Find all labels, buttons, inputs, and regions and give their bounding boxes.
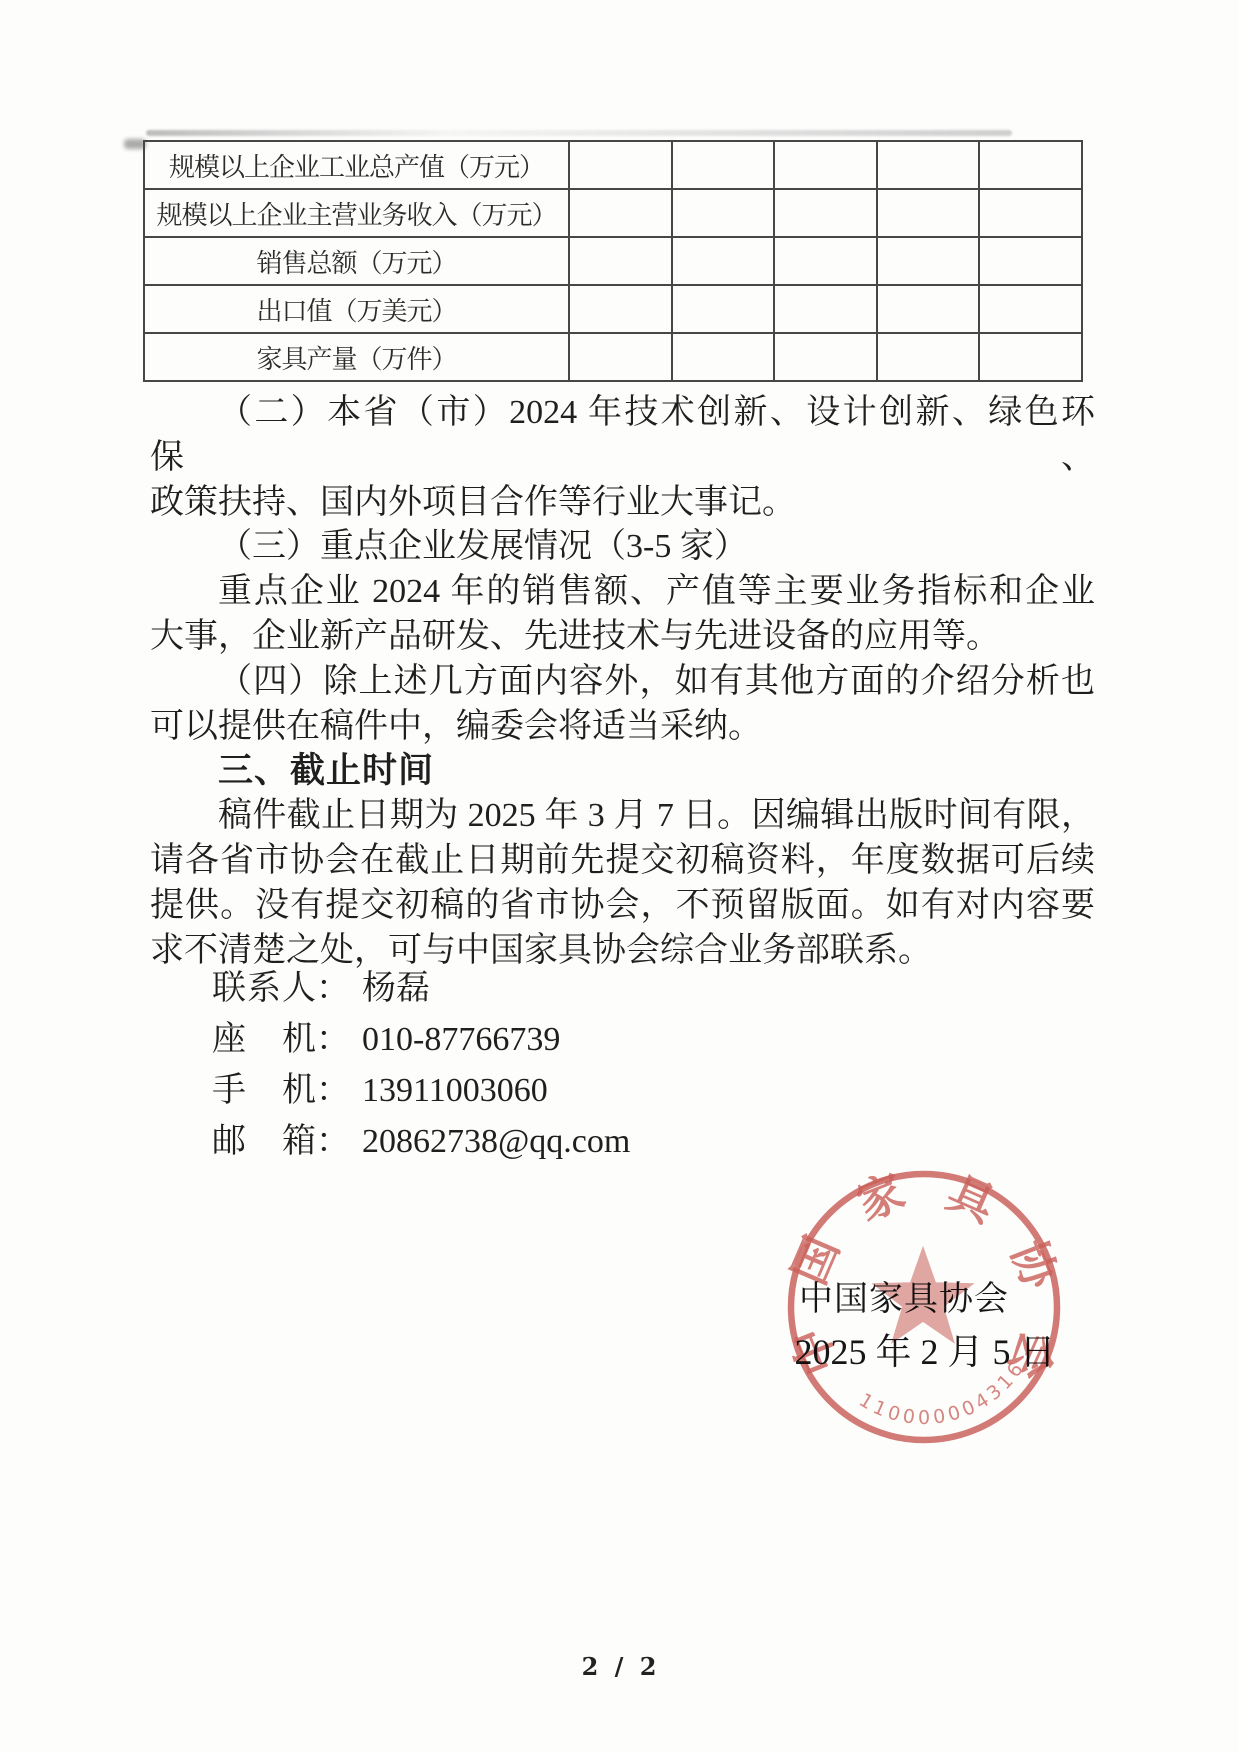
empty-data-cell [569, 285, 672, 333]
empty-data-cell [979, 189, 1082, 237]
contact-value: 13911003060 [362, 1072, 548, 1109]
scan-smudge [146, 130, 1012, 136]
empty-data-cell [979, 141, 1082, 189]
body-line: 提供。没有提交初稿的省市协会，不预留版面。如有对内容要 [150, 884, 1095, 929]
body-line: 请各省市协会在截止日期前先提交初稿资料，年度数据可后续 [150, 839, 1095, 884]
document-page: 规模以上企业工业总产值（万元）规模以上企业主营业务收入（万元）销售总额（万元）出… [0, 0, 1239, 1752]
empty-data-cell [979, 285, 1082, 333]
table-row: 家具产量（万件） [144, 333, 1082, 381]
empty-data-cell [569, 237, 672, 285]
empty-data-cell [979, 237, 1082, 285]
body-line: 可以提供在稿件中，编委会将适当采纳。 [150, 705, 1095, 750]
seal-star-icon [874, 1248, 973, 1342]
table-row: 规模以上企业工业总产值（万元） [144, 141, 1082, 189]
contact-colon: ： [316, 1072, 350, 1109]
body-line: （二）本省（市）2024 年技术创新、设计创新、绿色环保、 [150, 391, 1095, 481]
empty-data-cell [774, 189, 877, 237]
empty-data-cell [672, 189, 775, 237]
contact-value: 010-87766739 [362, 1021, 560, 1058]
empty-data-cell [569, 189, 672, 237]
body-paragraphs: （二）本省（市）2024 年技术创新、设计创新、绿色环保、政策扶持、国内外项目合… [150, 391, 1095, 973]
contact-value: 杨磊 [362, 970, 430, 1007]
contact-colon: ： [316, 1123, 350, 1160]
official-seal: 中国家具协会 1100000043168 [769, 1152, 1081, 1464]
table-row: 规模以上企业主营业务收入（万元） [144, 189, 1082, 237]
empty-data-cell [774, 285, 877, 333]
contact-label: 联系人 [212, 963, 316, 1014]
empty-data-cell [774, 333, 877, 381]
page-number: 2 / 2 [0, 1652, 1239, 1681]
empty-data-cell [774, 141, 877, 189]
empty-data-cell [774, 237, 877, 285]
row-label-cell: 家具产量（万件） [144, 333, 569, 381]
row-label-cell: 规模以上企业工业总产值（万元） [144, 141, 569, 189]
empty-data-cell [877, 285, 980, 333]
body-line: 重点企业 2024 年的销售额、产值等主要业务指标和企业 [150, 570, 1095, 615]
body-line: 政策扶持、国内外项目合作等行业大事记。 [150, 481, 1095, 526]
empty-data-cell [672, 333, 775, 381]
contact-line: 邮箱：20862738@qq.com [212, 1116, 630, 1167]
contact-label: 座机 [212, 1014, 316, 1065]
contact-line: 手机：13911003060 [212, 1065, 630, 1116]
contact-colon: ： [316, 970, 350, 1007]
empty-data-cell [569, 141, 672, 189]
empty-data-cell [672, 237, 775, 285]
row-label-cell: 规模以上企业主营业务收入（万元） [144, 189, 569, 237]
contact-label: 邮箱 [212, 1116, 316, 1167]
contact-block: 联系人：杨磊座机：010-87766739手机：13911003060邮箱：20… [212, 963, 630, 1167]
row-label-cell: 销售总额（万元） [144, 237, 569, 285]
contact-value: 20862738@qq.com [362, 1123, 630, 1160]
body-line: 稿件截止日期为 2025 年 3 月 7 日。因编辑出版时间有限， [150, 794, 1095, 839]
contact-line: 座机：010-87766739 [212, 1014, 630, 1065]
empty-data-cell [569, 333, 672, 381]
empty-data-cell [877, 333, 980, 381]
body-line: （四）除上述几方面内容外，如有其他方面的介绍分析也 [150, 660, 1095, 705]
empty-data-cell [877, 189, 980, 237]
body-line: （三）重点企业发展情况（3-5 家） [150, 525, 1095, 570]
table-row: 销售总额（万元） [144, 237, 1082, 285]
empty-data-cell [672, 141, 775, 189]
empty-data-cell [877, 237, 980, 285]
contact-label: 手机 [212, 1065, 316, 1116]
stats-table: 规模以上企业工业总产值（万元）规模以上企业主营业务收入（万元）销售总额（万元）出… [143, 140, 1083, 382]
stats-table-body: 规模以上企业工业总产值（万元）规模以上企业主营业务收入（万元）销售总额（万元）出… [144, 141, 1082, 381]
row-label-cell: 出口值（万美元） [144, 285, 569, 333]
contact-line: 联系人：杨磊 [212, 963, 630, 1014]
empty-data-cell [979, 333, 1082, 381]
contact-colon: ： [316, 1021, 350, 1058]
empty-data-cell [877, 141, 980, 189]
table-row: 出口值（万美元） [144, 285, 1082, 333]
section-heading: 三、截止时间 [150, 749, 1095, 794]
body-line: 大事，企业新产品研发、先进技术与先进设备的应用等。 [150, 615, 1095, 660]
empty-data-cell [672, 285, 775, 333]
